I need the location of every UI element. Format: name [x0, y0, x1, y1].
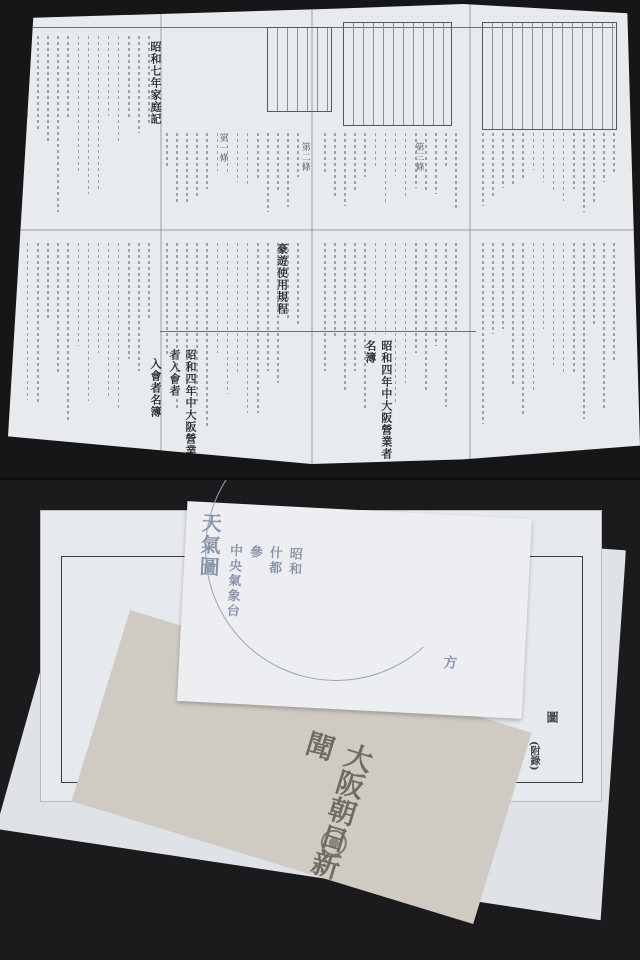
text-column: [118, 36, 120, 141]
text-column: [364, 133, 366, 177]
text-column: [563, 133, 565, 201]
text-column: [324, 243, 326, 371]
text-column: [47, 243, 49, 319]
text-column: [47, 36, 49, 144]
text-column: [176, 243, 178, 411]
text-column: [445, 133, 447, 168]
text-column: [27, 243, 29, 400]
text-column: [543, 133, 545, 183]
text-column: [583, 243, 585, 419]
text-column: [27, 36, 29, 117]
text-column: [277, 243, 279, 383]
text-column: [196, 133, 198, 196]
text-column: [502, 243, 504, 329]
text-column: [435, 243, 437, 346]
folded-documents-photo: 圖 (附錄) 大阪朝日新聞 天氣圖 昭和 什都 參 中央氣象台 方: [0, 480, 640, 960]
text-column: [267, 133, 269, 212]
text-column: [482, 243, 484, 424]
text-column: [455, 133, 457, 208]
text-column: [108, 243, 110, 396]
text-column: [492, 243, 494, 334]
text-column: [237, 243, 239, 373]
text-column: [405, 243, 407, 383]
text-column: [573, 133, 575, 189]
text-column: [57, 36, 59, 212]
text-column: [533, 243, 535, 392]
text-column: [563, 243, 565, 372]
text-column: [88, 36, 90, 194]
text-column: [98, 36, 100, 192]
side-label: (附錄): [526, 741, 541, 770]
text-column: [227, 243, 229, 393]
heading: 入會者名簿: [147, 358, 163, 418]
text-column: [385, 243, 387, 333]
text-column: [186, 133, 188, 203]
text-column: [257, 133, 259, 179]
text-column: [227, 133, 229, 173]
text-column: [533, 133, 535, 171]
card-title: 天氣圖: [193, 512, 225, 579]
text-column: [196, 243, 198, 401]
text-column: [287, 133, 289, 207]
text-column: [98, 243, 100, 353]
text-column: [583, 133, 585, 212]
text-column: [522, 243, 524, 414]
text-column: [354, 243, 356, 371]
text-column: [67, 36, 69, 120]
text-column: [375, 133, 377, 166]
text-column: [217, 243, 219, 353]
heading: 昭和四年中大阪營業者名簿: [362, 340, 394, 464]
text-column: [344, 243, 346, 392]
text-column: [395, 133, 397, 176]
text-column: [502, 133, 504, 188]
heading: 昭和四年中大阪營業者入會者: [166, 349, 198, 464]
text-column: [78, 243, 80, 346]
text-column: [354, 133, 356, 192]
text-column: [166, 243, 168, 357]
text-column: [455, 243, 457, 330]
text-column: [166, 133, 168, 167]
text-column: [364, 243, 366, 408]
text-column: [435, 133, 437, 194]
text-column: [297, 243, 299, 326]
text-column: [415, 133, 417, 188]
unfolded-document-photo: 昭和七年家庭記 豪遊使用規程 昭和四年中大阪營業者名簿 昭和四年中大阪營業者入會…: [0, 0, 640, 480]
text-column: [88, 243, 90, 401]
text-column: [445, 243, 447, 407]
text-column: [543, 243, 545, 329]
text-column: [138, 243, 140, 371]
text-column: [37, 243, 39, 403]
text-column: [593, 133, 595, 203]
text-column: [512, 243, 514, 384]
ruled-table: [482, 22, 617, 130]
text-column: [512, 133, 514, 188]
unfolded-sheet: 昭和七年家庭記 豪遊使用規程 昭和四年中大阪營業者名簿 昭和四年中大阪營業者入會…: [8, 4, 640, 464]
text-column: [206, 133, 208, 189]
card-line: 什都: [264, 545, 285, 576]
text-column: [287, 243, 289, 318]
text-column: [553, 243, 555, 365]
text-column: [344, 133, 346, 207]
text-column: [425, 133, 427, 191]
text-column: [128, 243, 130, 359]
text-column: [405, 133, 407, 198]
text-column: [613, 133, 615, 173]
text-column: [176, 133, 178, 204]
text-column: [108, 36, 110, 116]
weather-map-card: 天氣圖 昭和 什都 參 中央氣象台 方: [177, 501, 532, 719]
text-column: [375, 243, 377, 333]
text-column: [324, 133, 326, 175]
text-column: [138, 36, 140, 133]
text-column: [425, 243, 427, 390]
text-column: [128, 36, 130, 118]
text-column: [385, 133, 387, 205]
text-column: [37, 36, 39, 130]
card-line: 參: [245, 544, 265, 560]
text-column: [395, 243, 397, 401]
ruled-table: [343, 22, 452, 125]
fold-line: [8, 229, 640, 231]
text-column: [482, 133, 484, 207]
text-column: [553, 133, 555, 192]
card-corner-mark: 方: [439, 655, 460, 672]
text-column: [613, 243, 615, 363]
text-column: [118, 243, 120, 409]
text-column: [334, 243, 336, 339]
text-column: [257, 243, 259, 413]
text-column: [334, 133, 336, 197]
fold-line: [469, 4, 471, 464]
text-column: [67, 243, 69, 423]
text-column: [522, 133, 524, 178]
text-column: [593, 243, 595, 324]
text-column: [267, 243, 269, 371]
text-column: [206, 243, 208, 426]
text-column: [247, 133, 249, 185]
text-column: [247, 243, 249, 413]
text-column: [603, 133, 605, 182]
card-line: 中央氣象台: [221, 543, 244, 619]
text-column: [237, 133, 239, 182]
text-column: [78, 36, 80, 171]
text-column: [148, 243, 150, 320]
side-label: 圖: [544, 711, 561, 723]
text-column: [492, 133, 494, 196]
text-column: [573, 243, 575, 375]
text-column: [57, 243, 59, 373]
card-line: 昭和: [284, 546, 305, 577]
text-column: [603, 243, 605, 409]
text-column: [148, 36, 150, 126]
text-column: [217, 133, 219, 171]
text-column: [277, 133, 279, 193]
article-label: 第二條: [299, 142, 310, 172]
text-column: [186, 243, 188, 382]
wrapper-title: 大阪朝日新聞: [263, 726, 380, 883]
text-column: [297, 133, 299, 178]
ruled-table: [267, 27, 332, 112]
text-column: [415, 243, 417, 353]
